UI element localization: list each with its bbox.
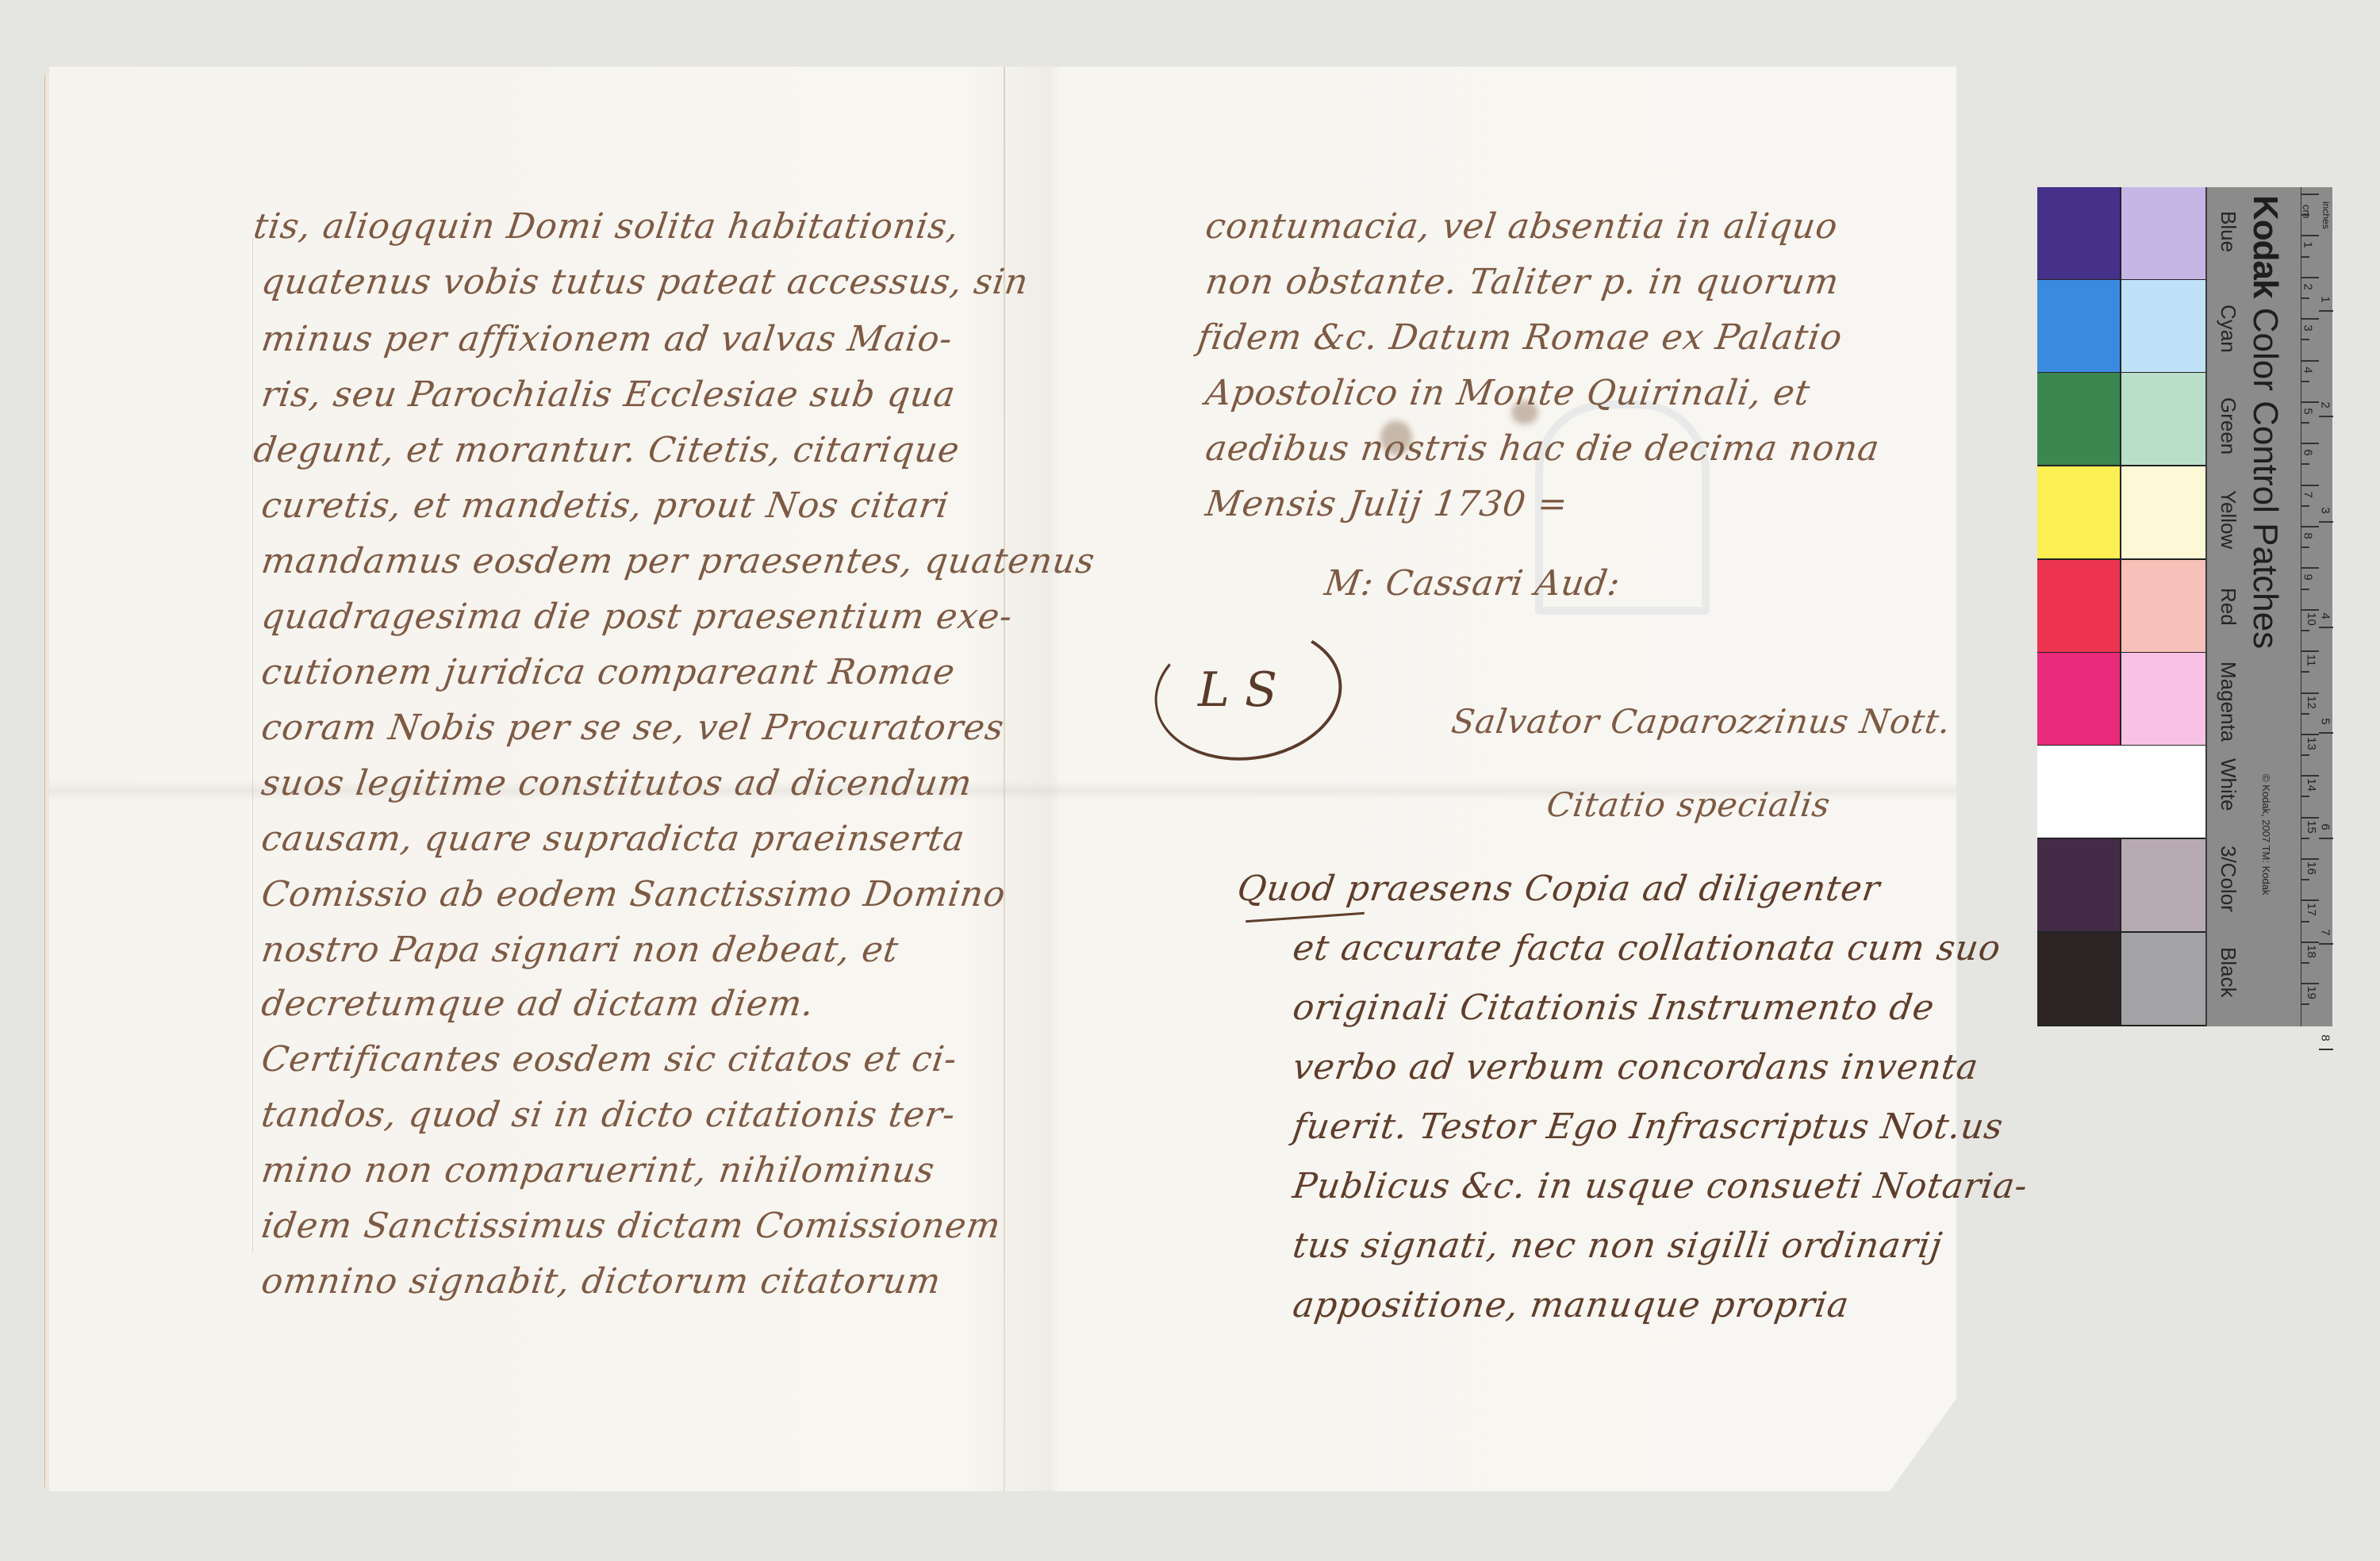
ruler-tick — [2301, 858, 2319, 860]
text-line: Certificantes eosdem sic citatos et ci- — [259, 1039, 959, 1080]
swatch-yellow-light — [2121, 466, 2205, 558]
inch-mark-label: 3 — [2319, 507, 2332, 513]
swatch-magenta-dark — [2037, 653, 2120, 745]
patch-row-red — [2037, 560, 2205, 653]
inch-tick — [2319, 416, 2333, 417]
ruler-tick — [2301, 360, 2319, 362]
cm-mark-label: 19 — [2305, 986, 2318, 999]
text-line: quadragesima die post praesentium exe- — [259, 596, 1015, 637]
cm-mark-label: 9 — [2301, 574, 2315, 581]
cm-mark-label: 3 — [2301, 324, 2315, 331]
ruler-tick — [2301, 463, 2309, 465]
patch-row-white — [2037, 746, 2205, 838]
inch-tick — [2319, 627, 2333, 628]
attestation-line: originali Citationis Instrumento de — [1290, 988, 1937, 1028]
ruler-tick — [2301, 401, 2319, 403]
ruler-tick — [2301, 567, 2319, 569]
inch-mark-label: 5 — [2319, 719, 2332, 725]
ruler-tick — [2301, 256, 2309, 258]
text-line: coram Nobis per se se, vel Procuratores — [259, 708, 1007, 748]
label-white: White — [2216, 758, 2240, 811]
swatch-magenta-light — [2121, 653, 2205, 745]
inch-tick — [2319, 521, 2333, 523]
cm-mark-label: 17 — [2305, 903, 2318, 917]
ruler-tick — [2301, 339, 2309, 340]
ruler-tick — [2301, 630, 2309, 631]
ruler-tick — [2301, 547, 2309, 548]
text-line: decretumque ad dictam diem. — [259, 984, 816, 1024]
label-green: Green — [2216, 397, 2240, 454]
ruler-tick — [2301, 609, 2319, 611]
ruler-tick — [2301, 214, 2309, 216]
inch-mark-label: 6 — [2319, 824, 2332, 830]
swatch-cyan-light — [2121, 280, 2205, 372]
inch-tick — [2319, 310, 2333, 312]
text-line: nostro Papa signari non debeat, et — [259, 930, 901, 970]
text-line: quatenus vobis tutus pateat accessus, si… — [259, 262, 1031, 302]
ruler-tick — [2301, 381, 2309, 382]
swatch-blue-light — [2121, 187, 2205, 279]
ruler-tick — [2301, 962, 2309, 964]
citation-title: Citatio specialis — [1545, 785, 1833, 824]
chart-title-rest: Color Control Patches — [2246, 297, 2285, 649]
ruler-tick — [2301, 879, 2309, 880]
attestation-line: fuerit. Testor Ego Infrascriptus Not.us — [1290, 1107, 2006, 1147]
label-yellow: Yellow — [2216, 490, 2240, 549]
inch-mark-label: 7 — [2319, 930, 2332, 936]
swatch-black-light — [2121, 933, 2205, 1025]
text-line: mandamus eosdem per praesentes, quatenus — [259, 541, 1097, 581]
ruler-tick — [2301, 754, 2309, 756]
inch-mark-label: 8 — [2319, 1035, 2332, 1041]
inch-tick — [2319, 838, 2333, 839]
notary-signature: Salvator Caparozzinus Nott. — [1449, 702, 1954, 741]
ruler-tick — [2301, 277, 2319, 278]
swatch-3color-dark — [2037, 839, 2120, 931]
ruler-tick — [2301, 899, 2319, 901]
label-blue: Blue — [2216, 211, 2240, 252]
swatch-blue-dark — [2037, 187, 2120, 279]
ruler-tick — [2301, 1003, 2309, 1005]
cm-mark-label: 5 — [2301, 408, 2315, 414]
label-cyan: Cyan — [2216, 305, 2240, 353]
text-line: Apostolico in Monte Quirinali, et — [1203, 373, 1813, 413]
text-line: tandos, quod si in dicto citationis ter- — [259, 1095, 958, 1135]
patch-row-magenta — [2037, 653, 2205, 746]
ruler-tick — [2301, 734, 2319, 735]
cm-mark-label: 13 — [2305, 737, 2318, 750]
label-red: Red — [2216, 588, 2240, 626]
attestation-line: appositione, manuque propria — [1290, 1285, 1852, 1325]
text-line: ris, seu Parochialis Ecclesiae sub qua — [259, 374, 958, 415]
cm-mark-label: 16 — [2305, 861, 2318, 875]
patch-row-blue — [2037, 187, 2205, 280]
chart-title: Kodak Color Control Patches — [2245, 195, 2285, 649]
cm-mark-label: 6 — [2301, 450, 2315, 456]
label-3color: 3/Color — [2216, 846, 2240, 912]
cm-mark-label: 11 — [2304, 654, 2317, 667]
cm-mark-label: 8 — [2301, 532, 2315, 539]
ruler-tick — [2301, 318, 2319, 320]
ruler-tick — [2301, 485, 2319, 486]
swatch-3color-light — [2121, 839, 2205, 931]
ruler-tick — [2301, 796, 2309, 797]
ruler-tick — [2301, 775, 2319, 777]
text-line: minus per affixionem ad valvas Maio- — [259, 319, 955, 359]
text-line: cutionem juridica compareant Romae — [259, 652, 958, 692]
inch-tick — [2319, 943, 2333, 945]
inch-unit-label: inches — [2320, 201, 2332, 229]
attestation-line: Quod praesens Copia ad diligenter — [1234, 869, 1883, 909]
text-line: omnino signabit, dictorum citatorum — [259, 1261, 943, 1302]
ruler-tick — [2301, 921, 2309, 922]
ruler-tick — [2301, 713, 2309, 715]
text-line: degunt, et morantur. Citetis, citarique — [251, 430, 962, 470]
kodak-color-chart: Kodak Color Control Patches Blue Cyan Gr… — [2037, 187, 2331, 1026]
attestation-line: et accurate facta collationata cum suo — [1290, 928, 2003, 968]
label-black: Black — [2216, 947, 2240, 998]
ruler-tick — [2301, 526, 2319, 527]
swatch-cyan-dark — [2037, 280, 2120, 372]
ruler-tick — [2301, 194, 2319, 195]
patch-row-yellow — [2037, 466, 2205, 559]
cm-mark-label: 15 — [2305, 820, 2318, 834]
copyright-text: © Kodak, 2007 TM: Kodak — [2260, 774, 2272, 895]
kodak-logo-text: Kodak — [2246, 195, 2285, 297]
label-magenta: Magenta — [2216, 662, 2240, 742]
locus-sigilli-text: L S — [1198, 662, 1277, 718]
text-line: mino non comparuerint, nihilominus — [259, 1150, 937, 1191]
ruler-tick — [2301, 650, 2319, 652]
ruler-tick — [2301, 235, 2319, 236]
text-line: fidem &c. Datum Romae ex Palatio — [1195, 317, 1844, 358]
text-line: suos legitime constitutos ad dicendum — [259, 763, 974, 804]
ruler-tick — [2301, 297, 2309, 299]
patch-row-black — [2037, 933, 2205, 1026]
text-line: contumacia, vel absentia in aliquo — [1203, 206, 1841, 247]
cm-mark-label: 7 — [2301, 491, 2315, 497]
text-line: Mensis Julij 1730 = — [1203, 484, 1570, 524]
ruler-tick — [2301, 671, 2309, 673]
text-line: Comissio ab eodem Sanctissimo Domino — [259, 874, 1008, 915]
swatch-green-dark — [2037, 373, 2120, 465]
text-line: aedibus nostris hac die decima nona — [1203, 428, 1882, 469]
inch-tick — [2319, 732, 2333, 734]
ruler-tick — [2301, 983, 2319, 984]
text-line: curetis, et mandetis, prout Nos citari — [259, 485, 951, 526]
text-line: causam, quare supradicta praeinserta — [259, 819, 967, 859]
text-line: idem Sanctissimus dictam Comissionem — [259, 1206, 1003, 1246]
cm-scale: cm inches 123456789101112131415161718191… — [2301, 187, 2333, 1026]
attestation-line: verbo ad verbum concordans inventa — [1290, 1047, 1981, 1087]
color-swatches — [2037, 187, 2205, 1026]
attestation-line: tus signati, nec non sigilli ordinarij — [1290, 1225, 1944, 1266]
swatch-red-light — [2121, 560, 2205, 652]
inch-mark-label: 1 — [2319, 296, 2332, 302]
cm-mark-label: 18 — [2305, 945, 2318, 958]
ruler-tick — [2301, 692, 2319, 694]
auditor-signature: M: Cassari Aud: — [1322, 563, 1623, 604]
cm-mark-label: 10 — [2305, 612, 2318, 626]
ruler-tick — [2301, 817, 2319, 819]
swatch-white — [2037, 746, 2205, 838]
margin-rule — [252, 238, 253, 1253]
swatch-black-dark — [2037, 933, 2120, 1025]
cm-mark-label: 14 — [2305, 778, 2318, 792]
text-line: tis, aliogquin Domi solita habitationis, — [251, 206, 962, 247]
ruler-tick — [2301, 589, 2309, 590]
text-line: non obstante. Taliter p. in quorum — [1203, 262, 1841, 302]
swatch-red-dark — [2037, 560, 2120, 652]
cm-mark-label: 4 — [2301, 366, 2315, 373]
ruler-strip: Kodak Color Control Patches Blue Cyan Gr… — [2205, 187, 2332, 1026]
patch-row-3color — [2037, 839, 2205, 932]
swatch-yellow-dark — [2037, 466, 2120, 558]
patch-row-green — [2037, 373, 2205, 466]
swatch-green-light — [2121, 373, 2205, 465]
attestation-line: Publicus &c. in usque consueti Notaria- — [1290, 1166, 2030, 1206]
ruler-tick — [2301, 422, 2309, 424]
ruler-tick — [2301, 838, 2309, 839]
patch-row-cyan — [2037, 280, 2205, 373]
cm-mark-label: 2 — [2301, 283, 2315, 290]
ruler-tick — [2301, 443, 2319, 444]
inch-mark-label: 2 — [2319, 401, 2332, 408]
cm-mark-label: 12 — [2305, 696, 2318, 709]
ruler-tick — [2301, 505, 2309, 507]
cm-unit-label: cm — [2301, 205, 2313, 218]
inch-tick — [2319, 1049, 2333, 1050]
cm-mark-label: 1 — [2301, 242, 2315, 248]
ruler-tick — [2301, 942, 2319, 943]
inch-mark-label: 4 — [2319, 612, 2332, 619]
